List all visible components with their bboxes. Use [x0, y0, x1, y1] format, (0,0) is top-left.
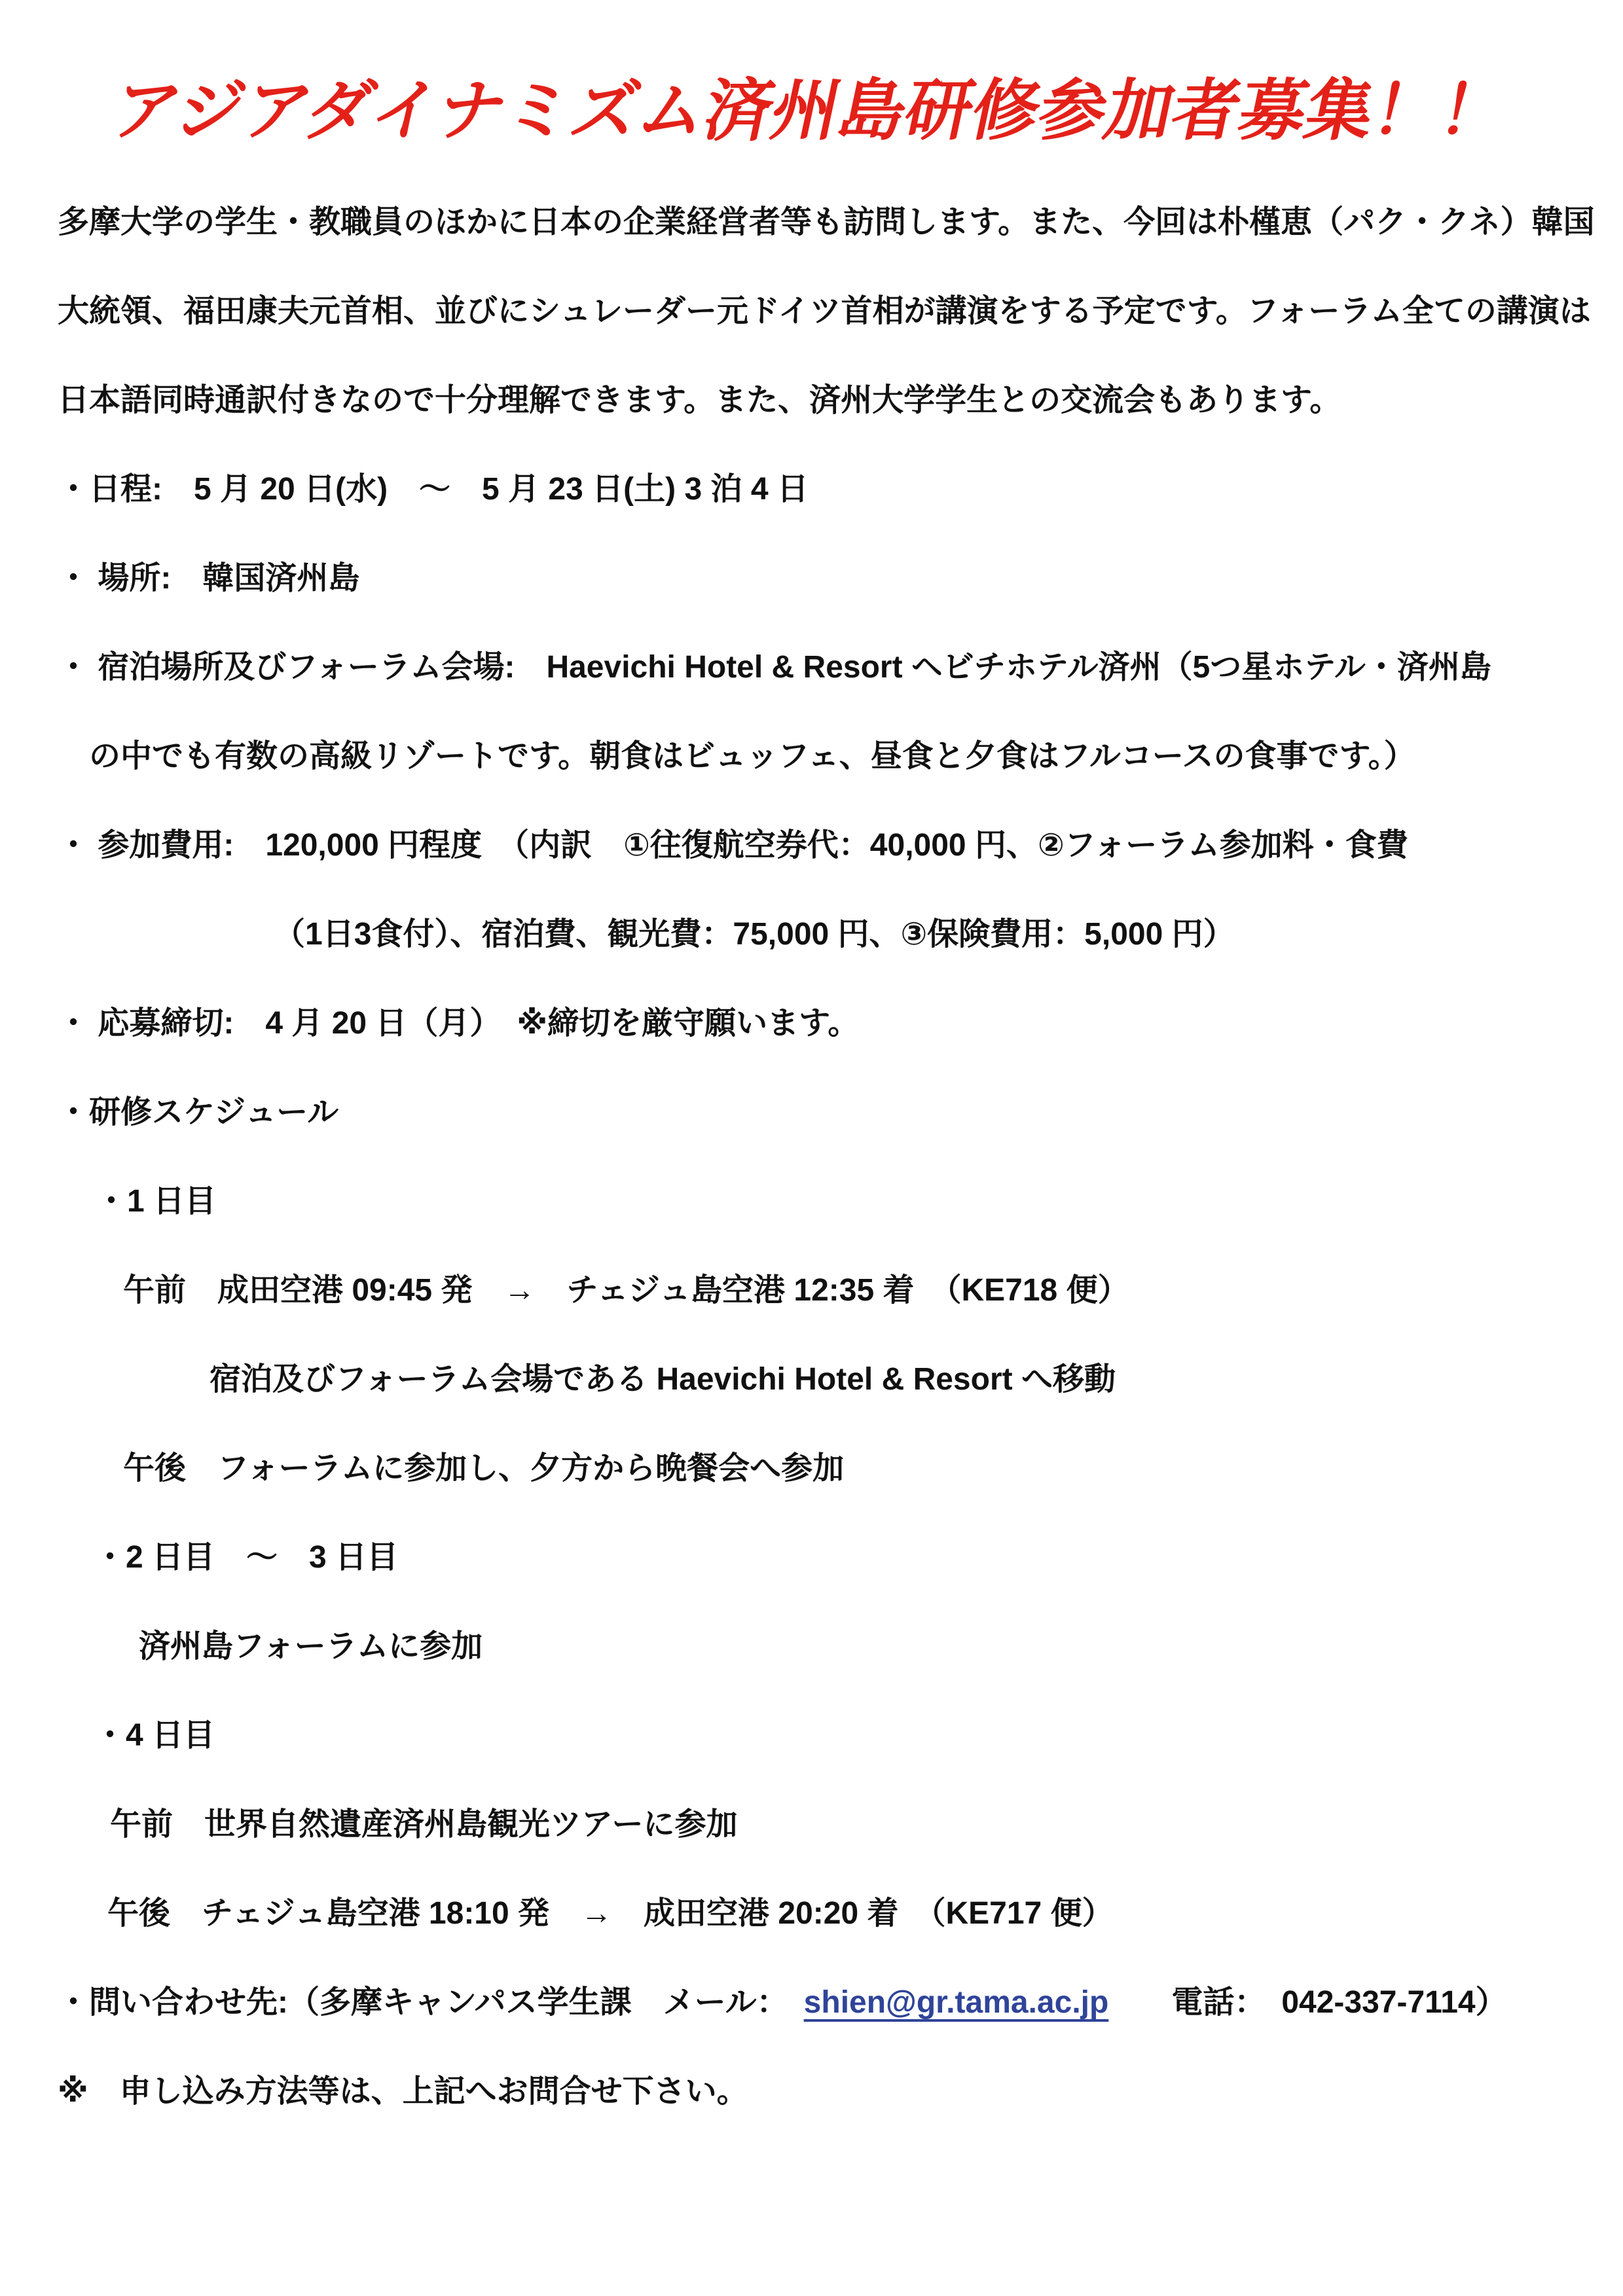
schedule-day4-afternoon: 午後 チェジュ島空港 18:10 発 → 成田空港 20:20 着 （KE717…	[58, 1869, 1586, 1958]
page-title-text: アジアダイナミズム済州島研修参加者募集！！	[105, 58, 1519, 153]
schedule-day4-morning: 午前 世界自然遺産済州島観光ツアーに参加	[58, 1780, 1586, 1869]
flyer-page: アジアダイナミズム済州島研修参加者募集！！ 多摩大学の学生・教職員のほかに日本の…	[0, 0, 1623, 2296]
schedule-heading: ・研修スケジュール	[58, 1068, 1586, 1157]
intro-line-2: 大統領、福田康夫元首相、並びにシュレーダー元ドイツ首相が講演をする予定です。フォ…	[58, 267, 1586, 356]
schedule-day2-label: ・2 日目 ～ 3 日目	[58, 1513, 1586, 1602]
intro-line-1: 多摩大学の学生・教職員のほかに日本の企業経営者等も訪問します。また、今回は朴槿恵…	[58, 178, 1586, 267]
detail-fee-line2: （1日3食付）、宿泊費、観光費：75,000 円、③保険費用：5,000 円）	[58, 890, 1586, 979]
contact-line: ・問い合わせ先:（多摩キャンパス学生課 メール： shien@gr.tama.a…	[58, 1958, 1586, 2047]
contact-suffix: 電話： 042-337-7114）	[1108, 1985, 1506, 2020]
contact-email-link[interactable]: shien@gr.tama.ac.jp	[804, 1985, 1109, 2020]
schedule-day4-label: ・4 日目	[58, 1691, 1586, 1780]
schedule-day2-activity: 済州島フォーラムに参加	[58, 1602, 1586, 1691]
detail-dates: ・日程: 5 月 20 日(水) ～ 5 月 23 日(土) 3 泊 4 日	[58, 445, 1586, 534]
schedule-day1-afternoon: 午後 フォーラムに参加し、夕方から晩餐会へ参加	[58, 1424, 1586, 1513]
detail-venue-line2: の中でも有数の高級リゾートです。朝食はビュッフェ、昼食と夕食はフルコースの食事で…	[58, 712, 1586, 801]
contact-prefix: ・問い合わせ先:（多摩キャンパス学生課 メール：	[58, 1985, 804, 2020]
detail-fee-line1: ・ 参加費用: 120,000 円程度 （内訳 ①往復航空券代：40,000 円…	[58, 801, 1586, 890]
footnote-line: ※ 申し込み方法等は、上記へお問合せ下さい。	[58, 2047, 1586, 2136]
page-title: アジアダイナミズム済州島研修参加者募集！！	[0, 58, 1623, 153]
schedule-day1-morning: 午前 成田空港 09:45 発 → チェジュ島空港 12:35 着 （KE718…	[58, 1246, 1586, 1335]
detail-deadline: ・ 応募締切: 4 月 20 日（月） ※締切を厳守願います。	[58, 979, 1586, 1068]
schedule-day1-transfer: 宿泊及びフォーラム会場である Haevichi Hotel & Resort へ…	[58, 1335, 1586, 1424]
detail-place: ・ 場所: 韓国済州島	[58, 534, 1586, 623]
schedule-day1-label: ・1 日目	[58, 1157, 1586, 1246]
intro-line-3: 日本語同時通訳付きなので十分理解できます。また、済州大学学生との交流会もあります…	[58, 356, 1586, 445]
detail-venue-line1: ・ 宿泊場所及びフォーラム会場: Haevichi Hotel & Resort…	[58, 623, 1586, 712]
flyer-body: 多摩大学の学生・教職員のほかに日本の企業経営者等も訪問します。また、今回は朴槿恵…	[58, 178, 1586, 2136]
